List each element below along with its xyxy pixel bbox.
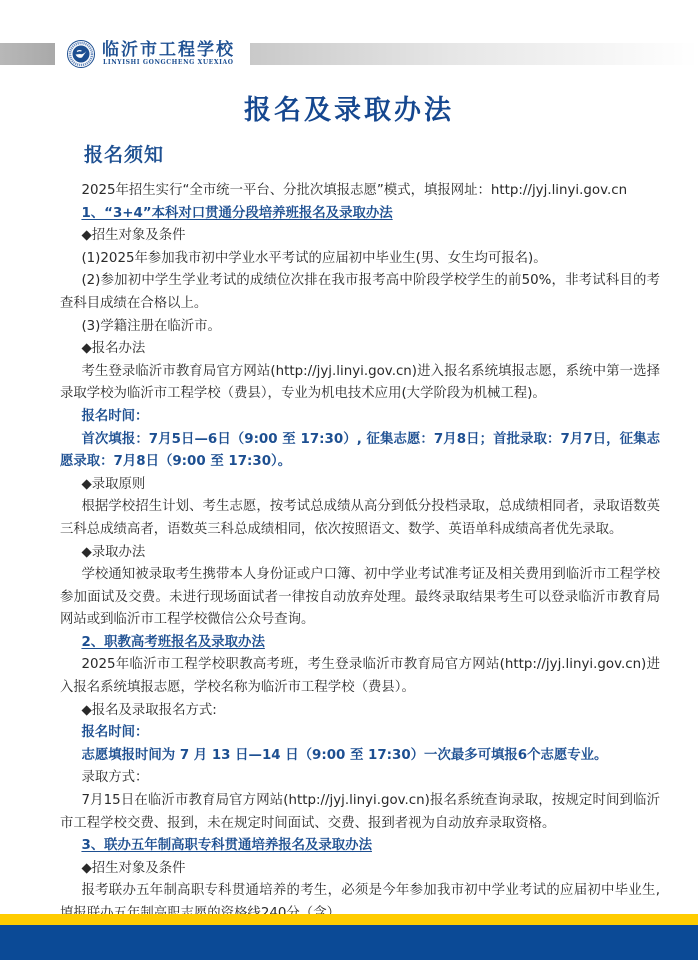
part1-admission-text: 学校通知被录取考生携带本人身份证或户口簿、初中学业考试准考证及相关费用到临沂市工… <box>60 564 660 632</box>
header-gray-bar-right <box>250 43 698 65</box>
school-name-en: LINYISHI GONGCHENG XUEXIAO <box>103 59 234 66</box>
part2-time-label: 报名时间： <box>60 722 660 745</box>
footer-blue-band <box>0 925 698 960</box>
part1-time-text: 首次填报：7月5日—6日（9:00 至 17:30）, 征集志愿：7月8日；首批… <box>60 429 660 474</box>
section-title: 报名须知 <box>84 140 164 167</box>
document-body: 2025年招生实行“全市统一平台、分批次填报志愿”模式，填报网址：http://… <box>60 180 660 926</box>
part1-bullet-principle: ◆录取原则 <box>60 474 660 497</box>
part1-method-text: 考生登录临沂市教育局官方网站(http://jyj.linyi.gov.cn)进… <box>60 361 660 406</box>
header-gray-bar-left <box>0 43 55 65</box>
part2-desc: 2025年临沂市工程学校职教高考班，考生登录临沂市教育局官方网站(http://… <box>60 654 660 699</box>
school-emblem-icon <box>67 40 95 68</box>
footer-yellow-stripe <box>0 914 698 925</box>
school-name-cn: 临沂市工程学校 <box>102 41 235 59</box>
part1-time-label: 报名时间： <box>60 406 660 429</box>
part1-bullet-eligibility: ◆招生对象及条件 <box>60 225 660 248</box>
part2-heading: 2、职教高考班报名及录取办法 <box>60 632 660 655</box>
part2-method-label: 录取方式： <box>60 767 660 790</box>
part2-bullet-method: ◆报名及录取报名方式: <box>60 700 660 723</box>
part3-heading: 3、联办五年制高职专科贯通培养报名及录取办法 <box>60 835 660 858</box>
part3-bullet-eligibility: ◆招生对象及条件 <box>60 858 660 881</box>
part1-heading: 1、“3+4”本科对口贯通分段培养班报名及录取办法 <box>60 203 660 226</box>
intro-text: 2025年招生实行“全市统一平台、分批次填报志愿”模式，填报网址：http://… <box>60 180 660 203</box>
part1-bullet-method: ◆报名办法 <box>60 338 660 361</box>
part1-condition-1: (1)2025年参加我市初中学业水平考试的应届初中毕业生(男、女生均可报名)。 <box>60 248 660 271</box>
part2-method-text: 7月15日在临沂市教育局官方网站(http://jyj.linyi.gov.cn… <box>60 790 660 835</box>
part1-condition-2: (2)参加初中学生学业考试的成绩位次排在我市报考高中阶段学校学生的前50%，非考… <box>60 270 660 315</box>
page-title: 报名及录取办法 <box>0 88 698 127</box>
part1-principle-text: 根据学校招生计划、考生志愿，按考试总成绩从高分到低分投档录取，总成绩相同者，录取… <box>60 496 660 541</box>
part2-time-text: 志愿填报时间为 7 月 13 日—14 日（9:00 至 17:30）一次最多可… <box>60 745 660 768</box>
part1-bullet-admission: ◆录取办法 <box>60 542 660 565</box>
part1-condition-3: (3)学籍注册在临沂市。 <box>60 316 660 339</box>
